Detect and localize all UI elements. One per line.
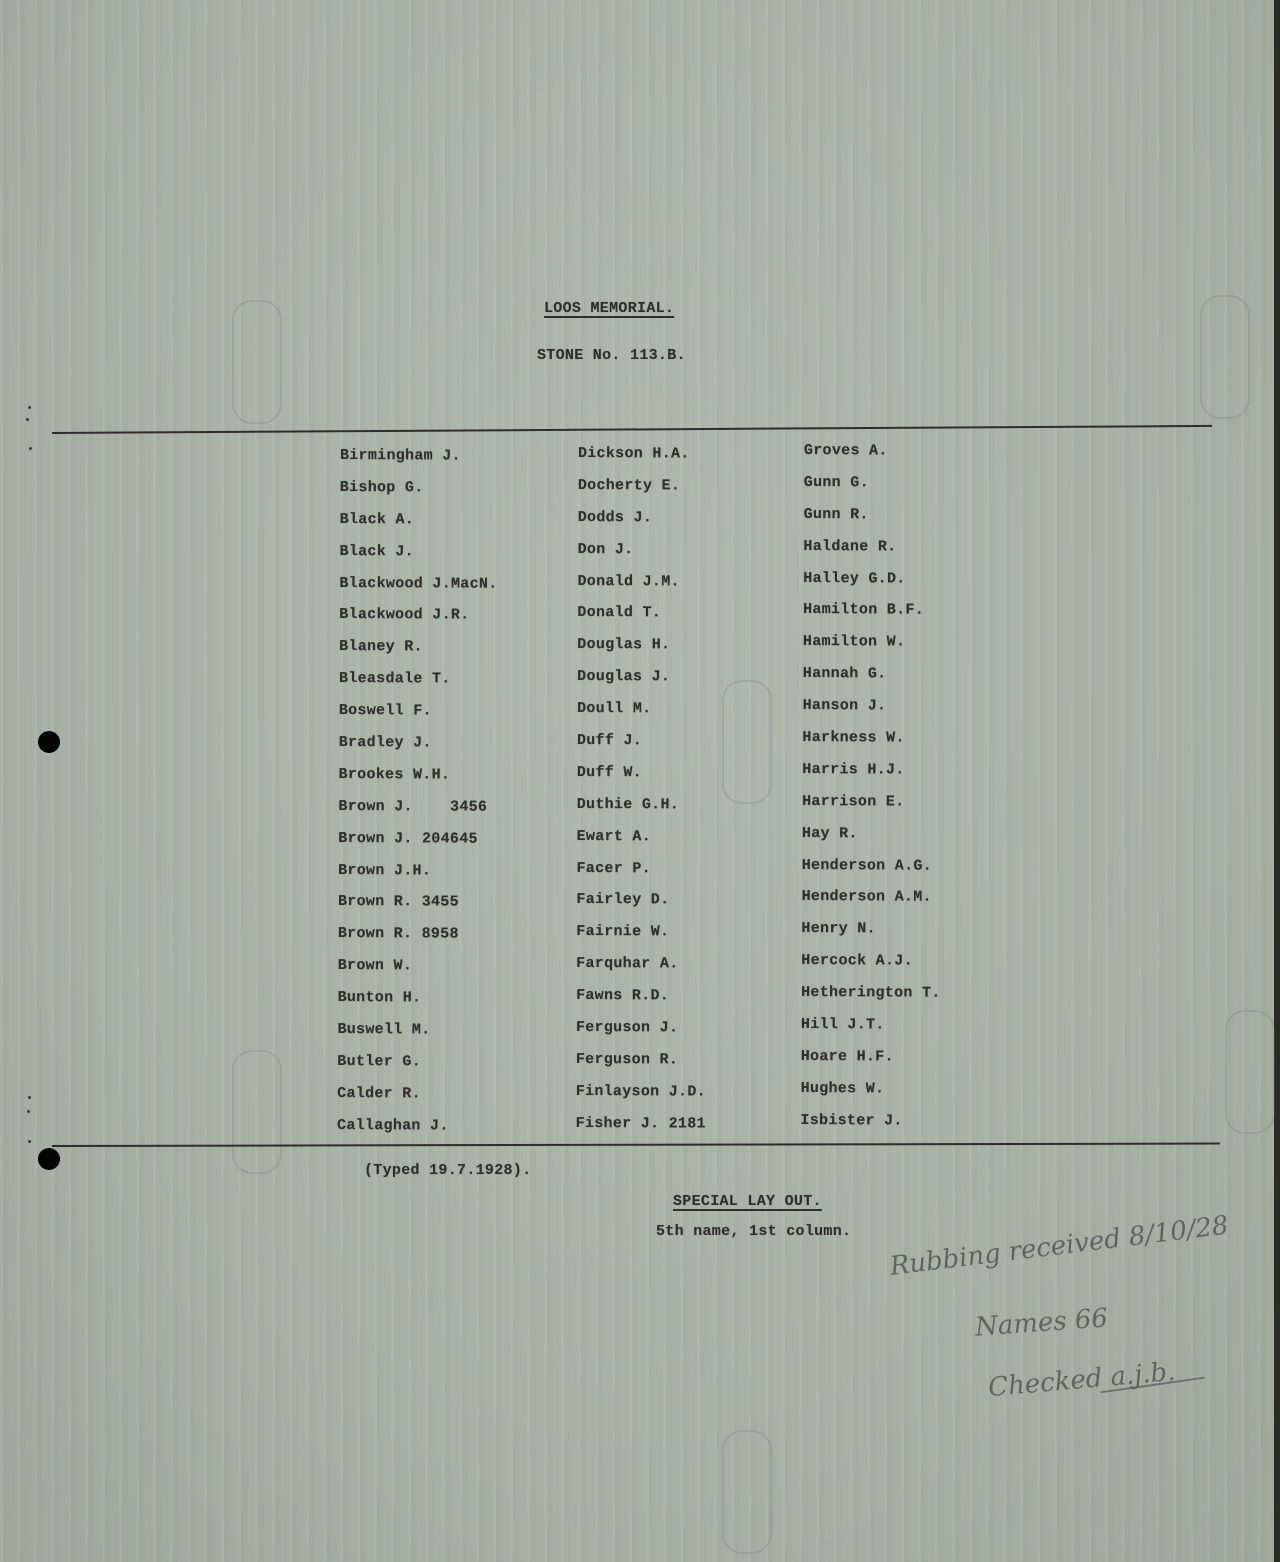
- name-entry: Fairley D.: [576, 890, 706, 922]
- name-entry: Henry N.: [801, 919, 941, 952]
- name-entry: Docherty E.: [578, 476, 708, 508]
- name-entry: Duff J.: [577, 731, 707, 763]
- watermark-stamp: [232, 300, 282, 424]
- name-entry: Hamilton W.: [803, 632, 943, 665]
- name-entry: Butler G.: [337, 1052, 495, 1085]
- name-entry: Farquhar A.: [576, 954, 706, 986]
- name-entry: Hill J.T.: [801, 1015, 941, 1048]
- name-entry: Black A.: [340, 510, 498, 543]
- speck: [27, 1110, 30, 1113]
- name-entry: Gunn R.: [803, 505, 943, 538]
- special-layout-heading: SPECIAL LAY OUT.: [673, 1193, 822, 1210]
- name-entry: Doull M.: [577, 699, 707, 731]
- name-entry: Dodds J.: [578, 508, 708, 540]
- name-entry: Hetherington T.: [801, 983, 941, 1016]
- name-entry: Bunton H.: [337, 988, 495, 1021]
- watermark-stamp: [1200, 295, 1250, 419]
- page-edge: [1274, 0, 1280, 1562]
- name-entry: Fisher J. 2181: [576, 1114, 706, 1146]
- speck: [26, 418, 29, 421]
- top-rule: [52, 425, 1212, 434]
- name-entry: Blaney R.: [339, 637, 497, 670]
- name-entry: Facer P.: [576, 859, 706, 891]
- name-entry: Gunn G.: [804, 473, 944, 506]
- names-column-1: Birmingham J.Bishop G.Black A.Black J.Bl…: [337, 446, 498, 1148]
- name-entry: Ewart A.: [577, 827, 707, 859]
- name-entry: Hamilton B.F.: [803, 600, 943, 633]
- watermark-stamp: [722, 1430, 772, 1554]
- speck: [28, 1096, 31, 1099]
- name-entry: Brown R. 8958: [338, 924, 496, 957]
- name-entry: Bradley J.: [339, 733, 497, 766]
- name-entry: Fawns R.D.: [576, 986, 706, 1018]
- name-entry: Brown R. 3455: [338, 892, 496, 925]
- handwritten-rubbing-note: Rubbing received 8/10/28: [888, 1211, 1230, 1282]
- name-entry: Birmingham J.: [340, 446, 498, 479]
- handwritten-checked: Checked a.j.b.: [987, 1357, 1177, 1403]
- watermark-stamp: [1225, 1010, 1275, 1134]
- name-entry: Halley G.D.: [803, 569, 943, 602]
- speck: [29, 447, 32, 450]
- names-column-3: Groves A.Gunn G.Gunn R.Haldane R.Halley …: [800, 441, 943, 1143]
- name-entry: Bishop G.: [340, 478, 498, 511]
- document-title: LOOS MEMORIAL.: [544, 300, 674, 317]
- name-entry: Brown J. 3456: [338, 797, 496, 830]
- name-entry: Boswell F.: [339, 701, 497, 734]
- name-entry: Haldane R.: [803, 537, 943, 570]
- special-layout-note: 5th name, 1st column.: [656, 1223, 851, 1240]
- name-entry: Blackwood J.MacN.: [339, 574, 497, 607]
- names-column-2: Dickson H.A.Docherty E.Dodds J.Don J.Don…: [576, 444, 709, 1146]
- name-entry: Brown J. 204645: [338, 829, 496, 862]
- name-entry: Harrison E.: [802, 792, 942, 825]
- name-entry: Henderson A.M.: [801, 887, 941, 920]
- name-entry: Donald J.M.: [577, 572, 707, 604]
- bottom-rule: [52, 1143, 1220, 1147]
- name-entry: Brookes W.H.: [338, 765, 496, 798]
- watermark-stamp: [232, 1050, 282, 1174]
- name-entry: Blackwood J.R.: [339, 605, 497, 638]
- name-entry: Hoare H.F.: [801, 1047, 941, 1080]
- name-entry: Buswell M.: [337, 1020, 495, 1053]
- name-entry: Hannah G.: [803, 664, 943, 697]
- punch-hole: [38, 731, 60, 753]
- name-entry: Isbister J.: [800, 1111, 940, 1144]
- name-entry: Ferguson R.: [576, 1050, 706, 1082]
- name-entry: Finlayson J.D.: [576, 1082, 706, 1114]
- name-entry: Dickson H.A.: [578, 444, 708, 476]
- name-entry: Groves A.: [804, 441, 944, 474]
- handwritten-names-count: Names 66: [974, 1303, 1109, 1342]
- name-entry: Henderson A.G.: [802, 856, 942, 889]
- name-entry: Fairnie W.: [576, 922, 706, 954]
- name-entry: Douglas J.: [577, 667, 707, 699]
- speck: [28, 406, 31, 409]
- speck: [28, 1140, 31, 1143]
- punch-hole: [38, 1148, 60, 1170]
- name-entry: Douglas H.: [577, 635, 707, 667]
- name-entry: Hanson J.: [802, 696, 942, 729]
- name-entry: Donald T.: [577, 603, 707, 635]
- name-entry: Duff W.: [577, 763, 707, 795]
- name-entry: Hughes W.: [800, 1079, 940, 1112]
- watermark-stamp: [722, 680, 772, 804]
- name-entry: Brown W.: [338, 956, 496, 989]
- name-entry: Bleasdale T.: [339, 669, 497, 702]
- name-entry: Brown J.H.: [338, 861, 496, 894]
- name-entry: Don J.: [578, 540, 708, 572]
- name-entry: Black J.: [339, 542, 497, 575]
- name-entry: Harkness W.: [802, 728, 942, 761]
- stone-number: STONE No. 113.B.: [537, 347, 686, 364]
- typed-date-note: (Typed 19.7.1928).: [364, 1162, 531, 1179]
- name-entry: Hercock A.J.: [801, 951, 941, 984]
- name-entry: Duthie G.H.: [577, 795, 707, 827]
- name-entry: Hay R.: [802, 824, 942, 857]
- name-entry: Harris H.J.: [802, 760, 942, 793]
- name-entry: Calder R.: [337, 1084, 495, 1117]
- name-entry: Ferguson J.: [576, 1018, 706, 1050]
